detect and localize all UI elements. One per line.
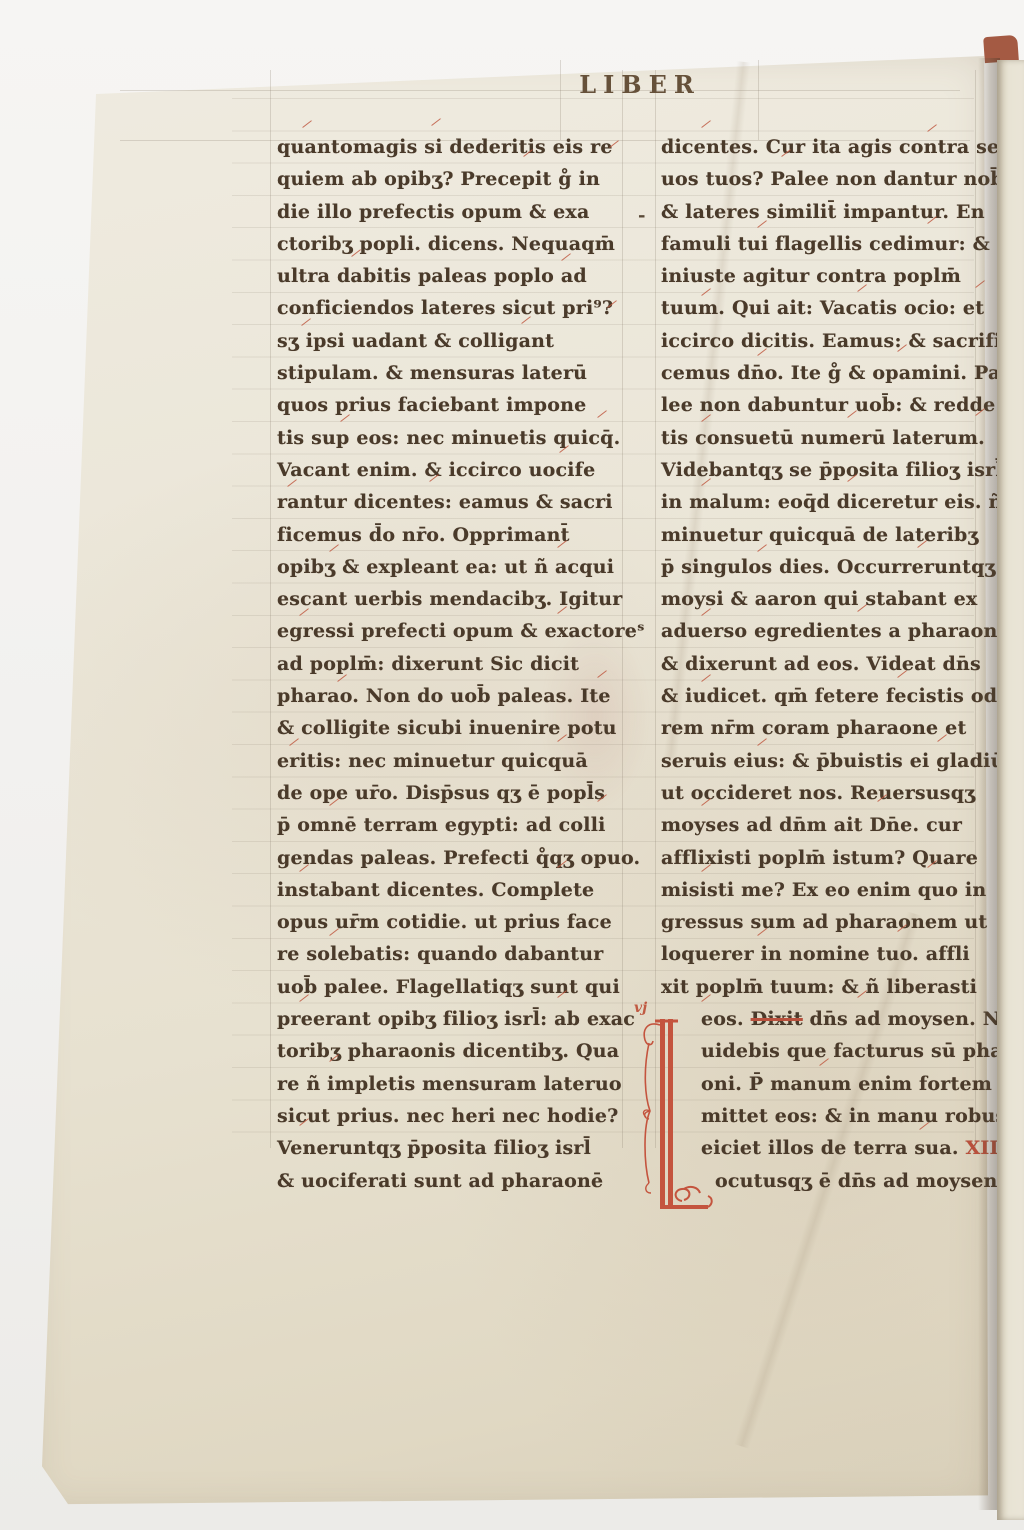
illuminated-initial-L (630, 1013, 714, 1215)
text-line: ctoribʒ popli. dicens. Nequaqm̄ (277, 228, 629, 260)
text-line: instabant dicentes. Complete (277, 874, 629, 906)
text-line: escant uerbis mendacibʒ. Igitur (277, 583, 629, 615)
text-line: quos prius faciebant impone (277, 389, 629, 421)
text-line: stipulam. & mensuras laterū (277, 357, 629, 389)
text-line: loquerer in nomine tuo. affli (661, 938, 1013, 970)
text-line: & colligite sicubi inuenire potu (277, 712, 629, 744)
text-line: quiem ab opibʒ? Precepit g̊ in (277, 163, 629, 195)
text-line: uos tuos? Palee non dantur nob̄. (661, 163, 1013, 195)
text-line: tuum. Qui ait: Vacatis ocio: et (661, 292, 1013, 324)
text-line: & iudicet. qm̄ fetere fecistis odo (661, 680, 1013, 712)
text-line: die illo prefectis opum & exa (277, 196, 629, 228)
text-line: p̄ omnē terram egypti: ad colli (277, 809, 629, 841)
text-column-left: quantomagis si dederitis eis requiem ab … (277, 131, 629, 1197)
text-line: gressus sum ad pharaonem ut (661, 906, 1013, 938)
text-line: ultra dabitis paleas poplo ad (277, 260, 629, 292)
text-line: & lateres similit̄ impantur. En (661, 196, 1013, 228)
text-line: tis sup eos: nec minuetis quicq̄. (277, 422, 629, 454)
text-line: lee non dabuntur uob̄: & redde (661, 389, 1013, 421)
ruling-vertical (655, 70, 656, 1148)
text-line: gendas paleas. Prefecti q̊qʒ opuo. (277, 842, 629, 874)
text-line: minuetur quicquā de lateribʒ (661, 519, 1013, 551)
text-line: re ñ impletis mensuram lateruo (277, 1068, 629, 1100)
text-line: iccirco dicitis. Eamus: & sacrifi (661, 325, 1013, 357)
text-line: egressi prefecti opum & exactoreˢ (277, 615, 629, 647)
text-line: dicentes. Cur ita agis contra ser (661, 131, 1013, 163)
text-line: quantomagis si dederitis eis re (277, 131, 629, 163)
expunged-word: Dixit (751, 1008, 803, 1030)
text-line: misisti me? Ex eo enim quo in (661, 874, 1013, 906)
text-line: opibʒ & expleant ea: ut ñ acqui (277, 551, 629, 583)
next-page-edge (997, 60, 1024, 1520)
text-line: in malum: eoq̄d diceretur eis. ñ (661, 486, 1013, 518)
text-line: moyses ad dn̄m ait Dn̄e. cur (661, 809, 1013, 841)
text-line: preerant opibʒ filioʒ isrl̄: ab exac (277, 1003, 629, 1035)
text-line: sʒ ipsi uadant & colligant (277, 325, 629, 357)
text-line: aduerso egredientes a pharaone: (661, 615, 1013, 647)
text-line: pharao. Non do uob̄ paleas. Ite (277, 680, 629, 712)
text-line: conficiendos lateres sicut pri⁹? (277, 292, 629, 324)
text-line: afflixisti poplm̄ istum? Quare (661, 842, 1013, 874)
marginal-dash: - (638, 205, 645, 226)
text-line: famuli tui flagellis cedimur: & (661, 228, 1013, 260)
text-line: rantur dicentes: eamus & sacri (277, 486, 629, 518)
text-line: rem nr̄m coram pharaone et (661, 712, 1013, 744)
text-line: cemus dn̄o. Ite g̊ & opamini. Pa (661, 357, 1013, 389)
ruling-vertical (270, 70, 271, 1148)
ruling-vertical (758, 60, 759, 140)
text-line: iniuste agitur contra poplm̄ (661, 260, 1013, 292)
text-line: eritis: nec minuetur quicquā (277, 745, 629, 777)
text-line: Vacant enim. & iccirco uocife (277, 454, 629, 486)
running-title: LIBER (530, 70, 750, 99)
text-line: ut occideret nos. Reuersusqʒ (661, 777, 1013, 809)
text-line: xit poplm̄ tuum: & ñ liberasti (661, 971, 1013, 1003)
text-line: Videbantqʒ se p̄posita filioʒ isrl̄ (661, 454, 1013, 486)
text-line: sicut prius. nec heri nec hodie? (277, 1100, 629, 1132)
text-line: uob̄ palee. Flagellatiqʒ sunt qui (277, 971, 629, 1003)
text-line: re solebatis: quando dabantur (277, 938, 629, 970)
text-line: Veneruntqʒ p̄posita filioʒ isrl̄ (277, 1132, 629, 1164)
text-line: p̄ singulos dies. Occurreruntqʒ (661, 551, 1013, 583)
text-line: & uociferati sunt ad pharaonē (277, 1165, 629, 1197)
text-line: moysi & aaron qui stabant ex (661, 583, 1013, 615)
text-line: seruis eius: & p̄buistis ei gladiū (661, 745, 1013, 777)
text-line: ad poplm̄: dixerunt Sic dicit (277, 648, 629, 680)
text-line: & dixerunt ad eos. Videat dn̄s (661, 648, 1013, 680)
text-line: tis consuetū numerū laterum. (661, 422, 1013, 454)
manuscript-photo: { "header": { "title": "LIBER" }, "margi… (0, 0, 1024, 1530)
